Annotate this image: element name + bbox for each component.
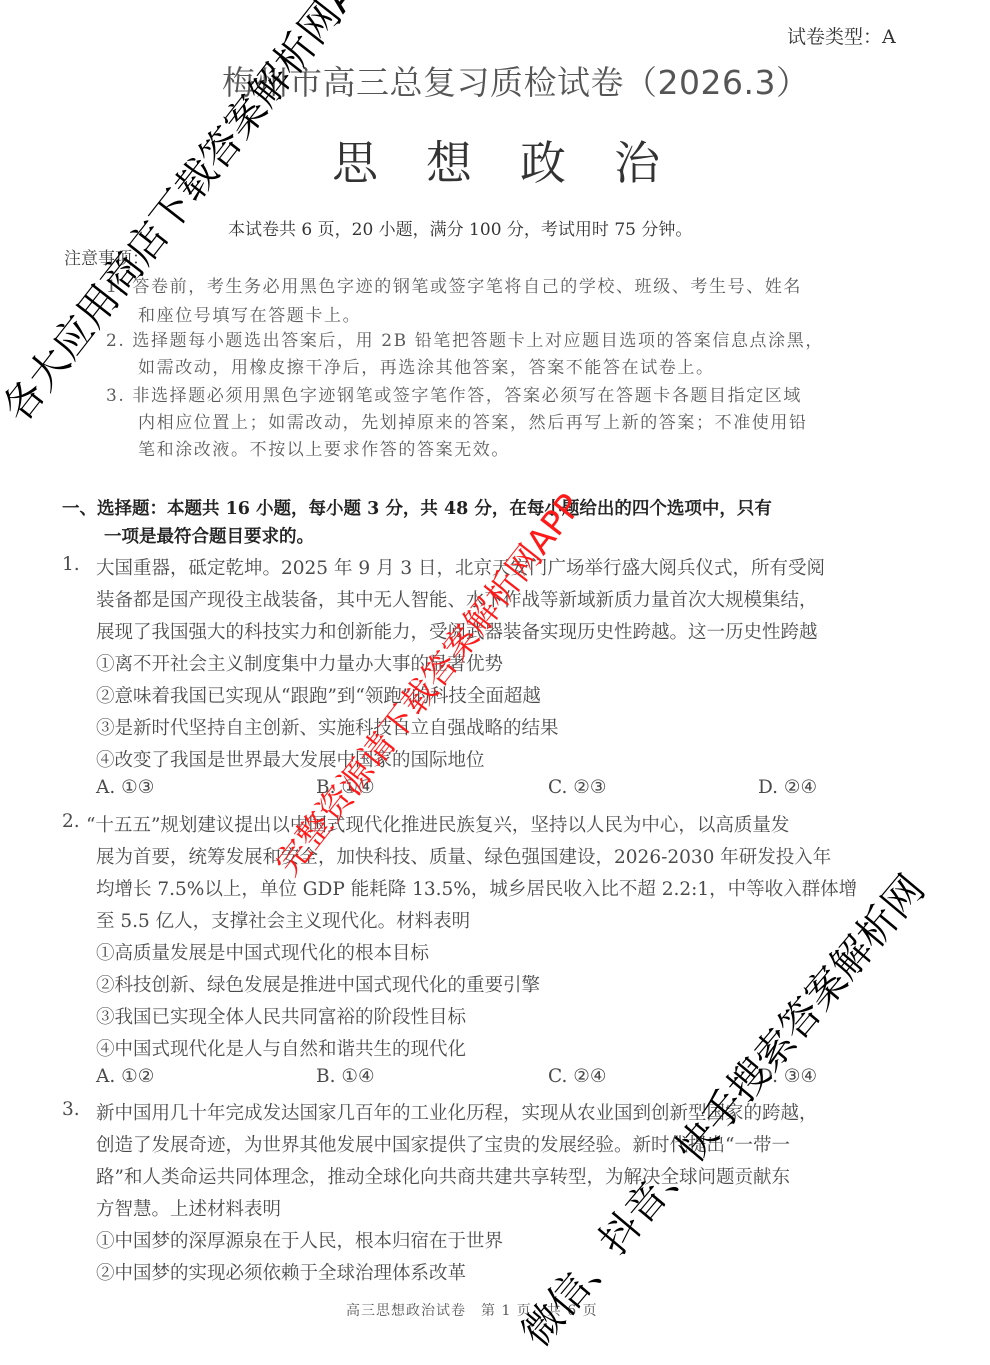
option-a[interactable]: A. ①②	[96, 1066, 154, 1087]
option-b[interactable]: B. ①④	[316, 1066, 375, 1087]
exam-meta: 本试卷共 6 页，20 小题，满分 100 分，考试用时 75 分钟。	[228, 215, 692, 240]
section-1-heading-line-2: 一项是最符合题目要求的。	[104, 523, 314, 548]
question-stem-line: 大国重器，砥定乾坤。2025 年 9 月 3 日，北京天安门广场举行盛大阅兵仪式…	[96, 554, 825, 580]
statement: ①高质量发展是中国式现代化的根本目标	[96, 939, 429, 965]
question-number: 3.	[62, 1099, 80, 1120]
statement: ②意味着我国已实现从“跟跑”到“领跑”的科技全面超越	[96, 682, 541, 708]
statement: ①中国梦的深厚源泉在于人民，根本归宿在于世界	[96, 1227, 503, 1253]
notice-item-1-line-1: 1. 答卷前，考生务必用黑色字迹的钢笔或签字笔将自己的学校、班级、考生号、姓名	[106, 272, 802, 297]
statement: ②中国梦的实现必须依赖于全球治理体系改革	[96, 1259, 466, 1285]
subject-title: 思想政治	[332, 127, 708, 193]
statement: ③是新时代坚持自主创新、实施科技自立自强战略的结果	[96, 714, 559, 740]
paper-type-label: 试卷类型：A	[787, 22, 896, 49]
question-stem-line: 均增长 7.5%以上，单位 GDP 能耗降 13.5%，城乡居民收入比不超 2.…	[96, 875, 857, 901]
option-d[interactable]: D. ②④	[758, 777, 817, 798]
notice-item-1-line-2: 和座位号填写在答题卡上。	[138, 301, 361, 326]
question-number: 1.	[62, 554, 80, 575]
option-c[interactable]: C. ②③	[548, 777, 606, 798]
notice-item-3-line-1: 3. 非选择题必须用黑色字迹钢笔或签字笔作答，答案必须写在答题卡各题目指定区域	[106, 381, 802, 406]
option-c[interactable]: C. ②④	[548, 1066, 606, 1087]
question-stem-line: 方智慧。上述材料表明	[96, 1195, 281, 1221]
statement: ③我国已实现全体人民共同富裕的阶段性目标	[96, 1003, 466, 1029]
option-a[interactable]: A. ①③	[96, 777, 154, 798]
notice-item-3-line-2: 内相应位置上；如需改动，先划掉原来的答案，然后再写上新的答案；不准使用铅	[138, 408, 808, 433]
question-stem-line: 展为首要，统筹发展和安全，加快科技、质量、绿色强国建设，2026-2030 年研…	[96, 843, 831, 869]
question-number: 2.	[62, 811, 80, 832]
section-1-heading-line-1: 一、选择题：本题共 16 小题，每小题 3 分，共 48 分，在每小题给出的四个…	[62, 495, 772, 520]
notice-item-3-line-3: 笔和涂改液。不按以上要求作答的答案无效。	[138, 435, 510, 460]
question-stem-line: “十五五”规划建议提出以中国式现代化推进民族复兴，坚持以人民为中心，以高质量发	[86, 811, 789, 837]
notice-item-2-line-2: 如需改动，用橡皮擦干净后，再选涂其他答案，答案不能答在试卷上。	[138, 353, 715, 378]
statement: ④中国式现代化是人与自然和谐共生的现代化	[96, 1035, 466, 1061]
statement: ②科技创新、绿色发展是推进中国式现代化的重要引擎	[96, 971, 540, 997]
question-stem-line: 至 5.5 亿人，支撑社会主义现代化。材料表明	[96, 907, 470, 933]
statement: ④改变了我国是世界最大发展中国家的国际地位	[96, 746, 485, 772]
notice-item-2-line-1: 2. 选择题每小题选出答案后，用 2B 铅笔把答题卡上对应题目选项的答案信息点涂…	[106, 326, 824, 351]
